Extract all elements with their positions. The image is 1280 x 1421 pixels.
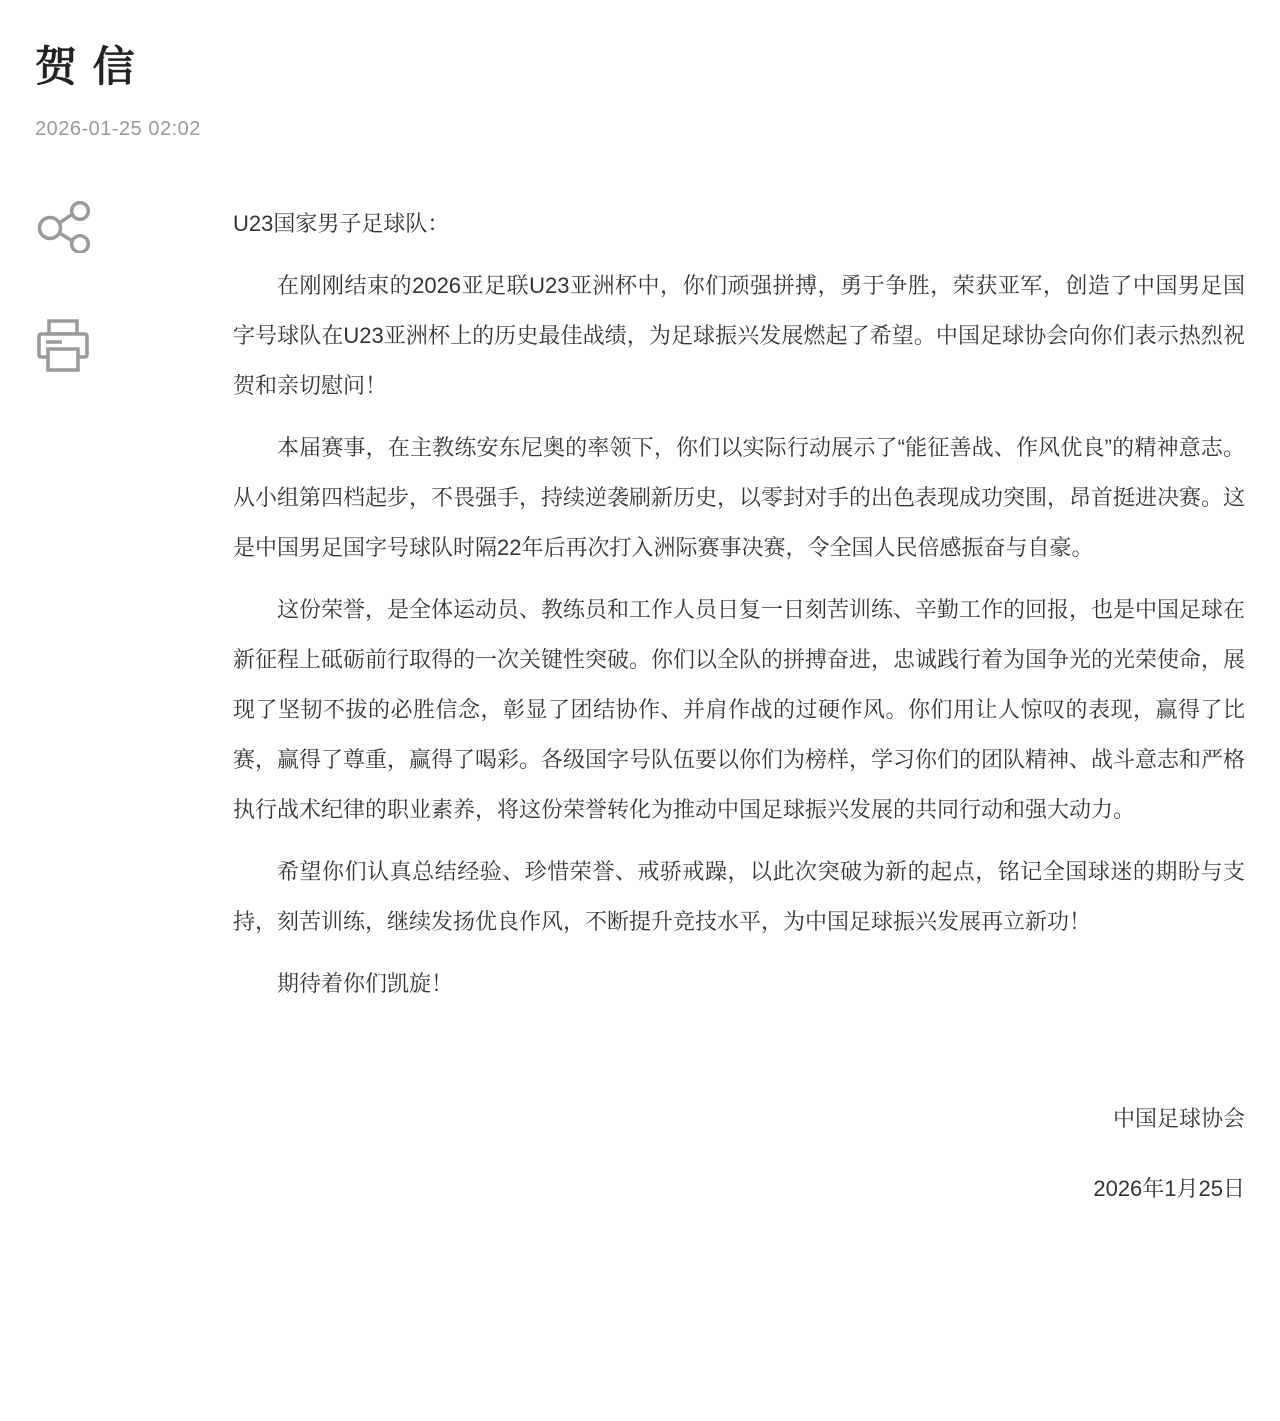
letter-salutation: U23国家男子足球队： [233,199,1245,249]
letter-paragraph: 在刚刚结束的2026亚足联U23亚洲杯中，你们顽强拼搏，勇于争胜，荣获亚军，创造… [233,261,1245,411]
share-button[interactable] [36,199,94,255]
article-header: 贺 信 2026-01-25 02:02 [0,42,1280,141]
letter-sign-date: 2026年1月25日 [233,1164,1245,1214]
letter-paragraph: 本届赛事，在主教练安东尼奥的率领下，你们以实际行动展示了“能征善战、作风优良”的… [233,423,1245,573]
share-icon [36,201,92,253]
letter-signature: 中国足球协会 [233,1094,1245,1144]
article-page: 贺 信 2026-01-25 02:02 [0,0,1280,1421]
letter-paragraph: 这份荣誉，是全体运动员、教练员和工作人员日复一日刻苦训练、辛勤工作的回报，也是中… [233,585,1245,835]
letter-paragraph: 希望你们认真总结经验、珍惜荣誉、戒骄戒躁，以此次突破为新的起点，铭记全国球迷的期… [233,847,1245,947]
letter-paragraph: 期待着你们凯旋！ [233,959,1245,1009]
content-row: U23国家男子足球队： 在刚刚结束的2026亚足联U23亚洲杯中，你们顽强拼搏，… [0,199,1280,1214]
side-toolbar [0,199,233,1214]
letter-body: U23国家男子足球队： 在刚刚结束的2026亚足联U23亚洲杯中，你们顽强拼搏，… [233,199,1280,1214]
print-icon [36,318,90,376]
print-button[interactable] [36,319,94,375]
page-title: 贺 信 [35,42,1280,92]
publish-date: 2026-01-25 02:02 [35,118,1280,141]
